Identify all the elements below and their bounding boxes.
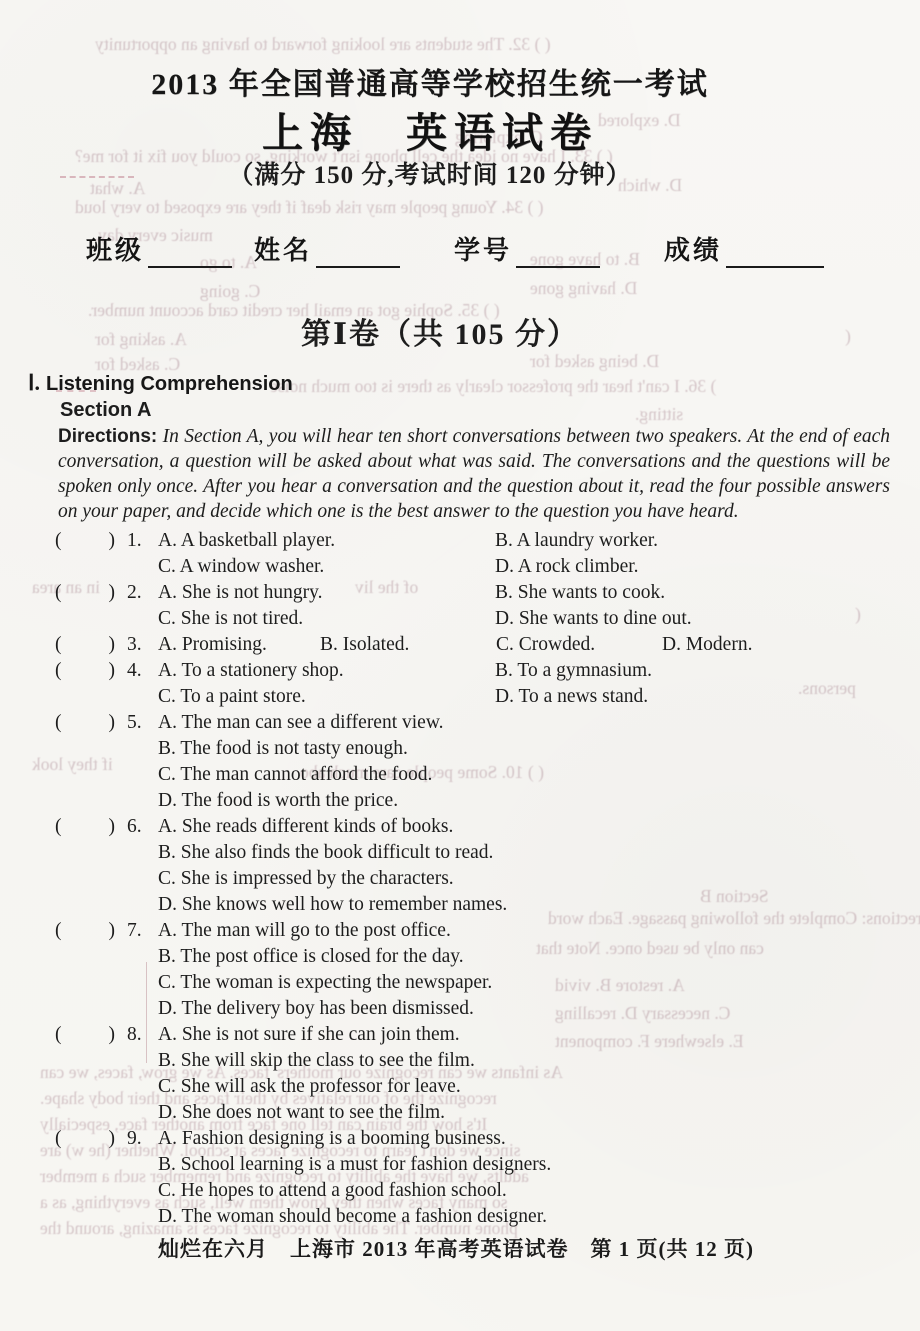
question-line: C. To a paint store.D. To a news stand. [55,684,920,710]
form-field-label: 成绩 [664,234,722,268]
option-d: D. The delivery boy has been dismissed. [158,996,920,1022]
question-line: C. He hopes to attend a good fashion sch… [55,1178,920,1204]
form-blank-line [726,238,824,268]
section-number: Ⅰ. [28,370,40,395]
question-line: C. The man cannot afford the food. [55,762,920,788]
part1-title: 第Ⅰ卷（共 105 分） [0,316,880,354]
option-b: B. To a gymnasium. [495,658,920,684]
answer-paren: () [55,1022,115,1048]
questions-list: ()1.A. A basketball player.B. A laundry … [0,528,920,1230]
option-a: A. To a stationery shop. [158,658,495,684]
question-line: B. The post office is closed for the day… [55,944,920,970]
answer-paren: () [55,580,115,606]
option-b: B. The post office is closed for the day… [158,944,920,970]
question-line: B. The food is not tasty enough. [55,736,920,762]
answer-paren: () [55,528,115,554]
form-field-label: 学号 [454,234,512,268]
paren-open: ( [55,814,62,840]
question-number: 7. [115,918,158,944]
student-form: 班级姓名学号成绩 [86,232,920,268]
option-b: B. She also finds the book difficult to … [158,840,920,866]
question-number: 3. [115,632,158,658]
option-a: A. She is not sure if she can join them. [158,1022,920,1048]
question-line: D. She knows well how to remember names. [55,892,920,918]
option-a: A. The man will go to the post office. [158,918,920,944]
option-b: B. A laundry worker. [495,528,920,554]
question-line: C. The woman is expecting the newspaper. [55,970,920,996]
question-line: ()3.A. Promising.B. Isolated.C. Crowded.… [55,632,920,658]
answer-paren: () [55,710,115,736]
exam-sheet: 2013 年全国普通高等学校招生统一考试 上海 英语试卷 （满分 150 分,考… [0,0,920,1331]
paren-open: ( [55,658,62,684]
paren-open: ( [55,580,62,606]
question-line: D. The delivery boy has been dismissed. [55,996,920,1022]
question-line: ()5.A. The man can see a different view. [55,710,920,736]
option-d: D. To a news stand. [495,684,920,710]
option-b: B. She wants to cook. [495,580,920,606]
form-blank-line [516,238,600,268]
option-a: A. Fashion designing is a booming busine… [158,1126,920,1152]
form-blank-line [316,238,400,268]
option-a: A. A basketball player. [158,528,495,554]
option-b: B. The food is not tasty enough. [158,736,920,762]
option-a: A. Promising. [158,632,320,658]
exam-title: 2013 年全国普通高等学校招生统一考试 [0,64,860,106]
paren-open: ( [55,710,62,736]
question-line: B. She will skip the class to see the fi… [55,1048,920,1074]
directions-paragraph: Directions: In Section A, you will hear … [58,424,890,524]
form-field-label: 班级 [86,234,144,268]
question-number: 2. [115,580,158,606]
question-number: 9. [115,1126,158,1152]
paren-open: ( [55,632,62,658]
question-line: ()2.A. She is not hungry.B. She wants to… [55,580,920,606]
question-line: B. School learning is a must for fashion… [55,1152,920,1178]
question-number: 4. [115,658,158,684]
listening-section-heading: Ⅰ.Listening Comprehension [28,370,920,397]
option-d: D. She does not want to see the film. [158,1100,920,1126]
option-d: D. She knows well how to remember names. [158,892,920,918]
form-field: 姓名 [254,234,400,268]
exam-header: 2013 年全国普通高等学校招生统一考试 上海 英语试卷 （满分 150 分,考… [0,64,860,192]
form-field: 班级 [86,234,232,268]
scanned-exam-page: { "header": { "exam_title": "2013 年全国普通高… [0,0,920,1331]
option-a: A. The man can see a different view. [158,710,920,736]
question-line: ()9.A. Fashion designing is a booming bu… [55,1126,920,1152]
question-line: D. The food is worth the price. [55,788,920,814]
question-number: 8. [115,1022,158,1048]
question-line: ()8.A. She is not sure if she can join t… [55,1022,920,1048]
option-b: B. Isolated. [320,632,496,658]
question-line: C. A window washer.D. A rock climber. [55,554,920,580]
paren-open: ( [55,1126,62,1152]
question-line: D. The woman should become a fashion des… [55,1204,920,1230]
form-field-label: 姓名 [254,234,312,268]
option-d: D. She wants to dine out. [495,606,920,632]
option-c: C. He hopes to attend a good fashion sch… [158,1178,920,1204]
question-line: D. She does not want to see the film. [55,1100,920,1126]
question-number: 5. [115,710,158,736]
subsection-heading: Section A [60,398,920,423]
option-d: D. Modern. [662,632,920,658]
form-field: 学号 [454,234,600,268]
paren-open: ( [55,1022,62,1048]
option-a: A. She reads different kinds of books. [158,814,920,840]
form-field: 成绩 [664,234,824,268]
paren-open: ( [55,528,62,554]
page-footer: 灿烂在六月 上海市 2013 年高考英语试卷 第 1 页(共 12 页) [0,1235,912,1263]
score-info: （满分 150 分,考试时间 120 分钟） [0,160,860,192]
section-title: Listening Comprehension [46,373,293,395]
answer-paren: () [55,658,115,684]
directions-text: In Section A, you will hear ten short co… [58,426,890,522]
question-line: ()4.A. To a stationery shop.B. To a gymn… [55,658,920,684]
option-d: D. The woman should become a fashion des… [158,1204,920,1230]
option-c: C. To a paint store. [158,684,495,710]
question-line: C. She will ask the professor for leave. [55,1074,920,1100]
option-a: A. She is not hungry. [158,580,495,606]
question-line: ()6.A. She reads different kinds of book… [55,814,920,840]
option-d: D. The food is worth the price. [158,788,920,814]
option-c: C. She is not tired. [158,606,495,632]
option-b: B. School learning is a must for fashion… [158,1152,920,1178]
option-c: C. The man cannot afford the food. [158,762,920,788]
question-line: ()1.A. A basketball player.B. A laundry … [55,528,920,554]
option-c: C. She is impressed by the characters. [158,866,920,892]
option-d: D. A rock climber. [495,554,920,580]
option-c: C. Crowded. [496,632,662,658]
option-c: C. A window washer. [158,554,495,580]
answer-paren: () [55,632,115,658]
answer-paren: () [55,918,115,944]
paper-title: 上海 英语试卷 [0,108,860,158]
answer-paren: () [55,1126,115,1152]
directions-label: Directions: [58,426,157,447]
question-line: ()7.A. The man will go to the post offic… [55,918,920,944]
question-number: 1. [115,528,158,554]
form-blank-line [148,238,232,268]
paren-open: ( [55,918,62,944]
question-line: C. She is impressed by the characters. [55,866,920,892]
question-line: B. She also finds the book difficult to … [55,840,920,866]
option-c: C. The woman is expecting the newspaper. [158,970,920,996]
question-line: C. She is not tired.D. She wants to dine… [55,606,920,632]
question-number: 6. [115,814,158,840]
answer-paren: () [55,814,115,840]
option-b: B. She will skip the class to see the fi… [158,1048,920,1074]
option-c: C. She will ask the professor for leave. [158,1074,920,1100]
